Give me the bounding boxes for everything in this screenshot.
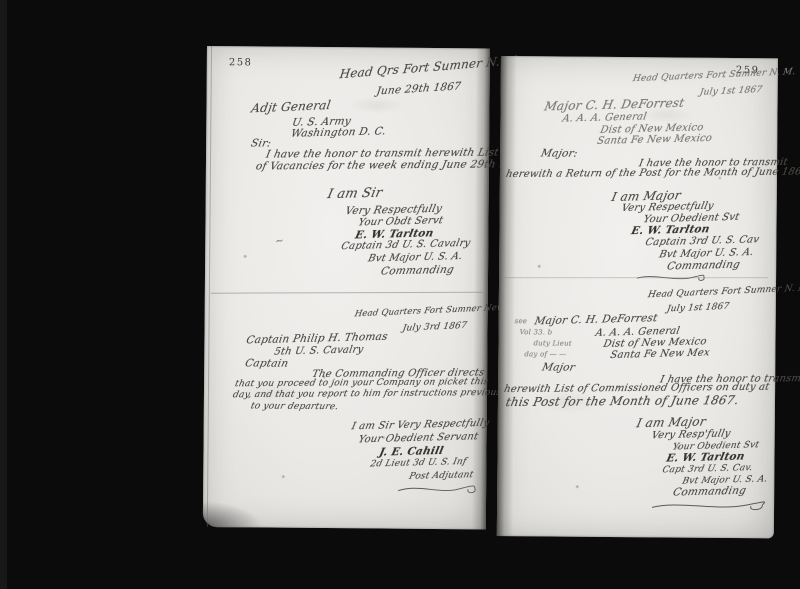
l2-addressee: 5th U. S. Cavalry — [273, 344, 364, 357]
l1-body-line: of Vacancies for the week ending June 29… — [255, 158, 528, 172]
scanner-edge-artifact — [0, 0, 7, 589]
corner-shadow — [203, 501, 263, 528]
margin-seam-line — [207, 46, 212, 527]
l1-heading-date: June 29th 1867 — [376, 80, 462, 97]
r2-margin-note: Vol 33. b — [520, 328, 553, 336]
r2-margin-note: day of — — — [524, 350, 566, 358]
r2-body-line: this Post for the Month of June 1867. — [505, 393, 741, 409]
l2-closing: I am Sir Very Respectfully — [350, 418, 490, 433]
r2-signature: E. W. Tarlton — [665, 450, 746, 464]
l2-heading-date: July 3rd 1867 — [402, 321, 468, 334]
r1-signer-title: Commanding — [666, 259, 742, 273]
l2-addressee: Captain Philip H. Thomas — [245, 331, 388, 347]
r1-addressee: Major C. H. DeForrest — [543, 96, 685, 114]
r2-margin-note: duty Lieut — [533, 339, 571, 347]
l2-body-line: day, and that you report to him for inst… — [232, 388, 502, 400]
margin-check-mark: ~ — [274, 235, 284, 247]
r2-heading-place: Head Quarters Fort Sumner N. M. — [647, 283, 800, 300]
r1-addressee: A. A. A. General — [561, 111, 647, 124]
r2-addressee: Santa Fe New Mex — [609, 347, 710, 361]
right-page: 259 Head Quarters Fort Sumner N. M. July… — [497, 56, 778, 538]
r2-closing: Very Resp'fully — [650, 428, 731, 441]
l2-signer-title: 2d Lieut 3d U. S. Inf — [369, 457, 467, 470]
l2-signature: J. E. Cahill — [378, 445, 445, 459]
signature-flourish-icon — [648, 498, 766, 513]
r1-salutation: Major: — [540, 147, 579, 159]
l1-addressee: Washington D. C. — [290, 125, 387, 140]
entry-divider-line — [504, 277, 768, 278]
gutter-shadow — [472, 48, 490, 529]
r2-heading-date: July 1st 1867 — [666, 302, 730, 315]
l1-addressee: Adjt General — [250, 98, 332, 116]
l1-signer-title: Commanding — [380, 264, 456, 278]
l1-closing: I am Sir — [326, 186, 384, 203]
l1-signer-title: Captain 3d U. S. Cavalry — [340, 238, 472, 252]
r2-margin-note: see — [515, 317, 528, 325]
r2-signer-title: Commanding — [672, 485, 748, 499]
page-number: 258 — [229, 57, 253, 68]
l2-signer-title: Post Adjutant — [408, 470, 474, 482]
r1-heading-place: Head Quarters Fort Sumner N. M. — [632, 67, 796, 84]
l1-heading-place: Head Qrs Fort Sumner N. M. — [339, 53, 522, 81]
left-page: 258 Head Qrs Fort Sumner N. M. June 29th… — [203, 46, 490, 529]
r1-addressee: Santa Fe New Mexico — [596, 133, 713, 147]
scan-viewport: { "left_page": { "number": "258", "margi… — [0, 0, 800, 589]
r1-heading-date: July 1st 1867 — [699, 85, 763, 98]
r2-closing: I am Major — [635, 414, 707, 430]
l2-salutation: Captain — [244, 357, 290, 369]
signature-flourish-icon — [396, 483, 480, 496]
entry-divider-line — [211, 292, 483, 294]
r2-salutation: Major — [541, 361, 576, 373]
l2-closing: Your Obedient Servant — [357, 431, 479, 445]
r1-body-line: herewith a Return of the Post for the Mo… — [505, 166, 800, 180]
l2-body-line: to your departure. — [250, 401, 340, 412]
gutter-shadow — [497, 56, 517, 536]
r2-addressee: Major C. H. DeForrest — [534, 312, 659, 327]
r2-signer-title: Capt 3rd U. S. Cav. — [661, 463, 753, 475]
l1-signer-title: Bvt Major U. S. A. — [367, 251, 464, 265]
